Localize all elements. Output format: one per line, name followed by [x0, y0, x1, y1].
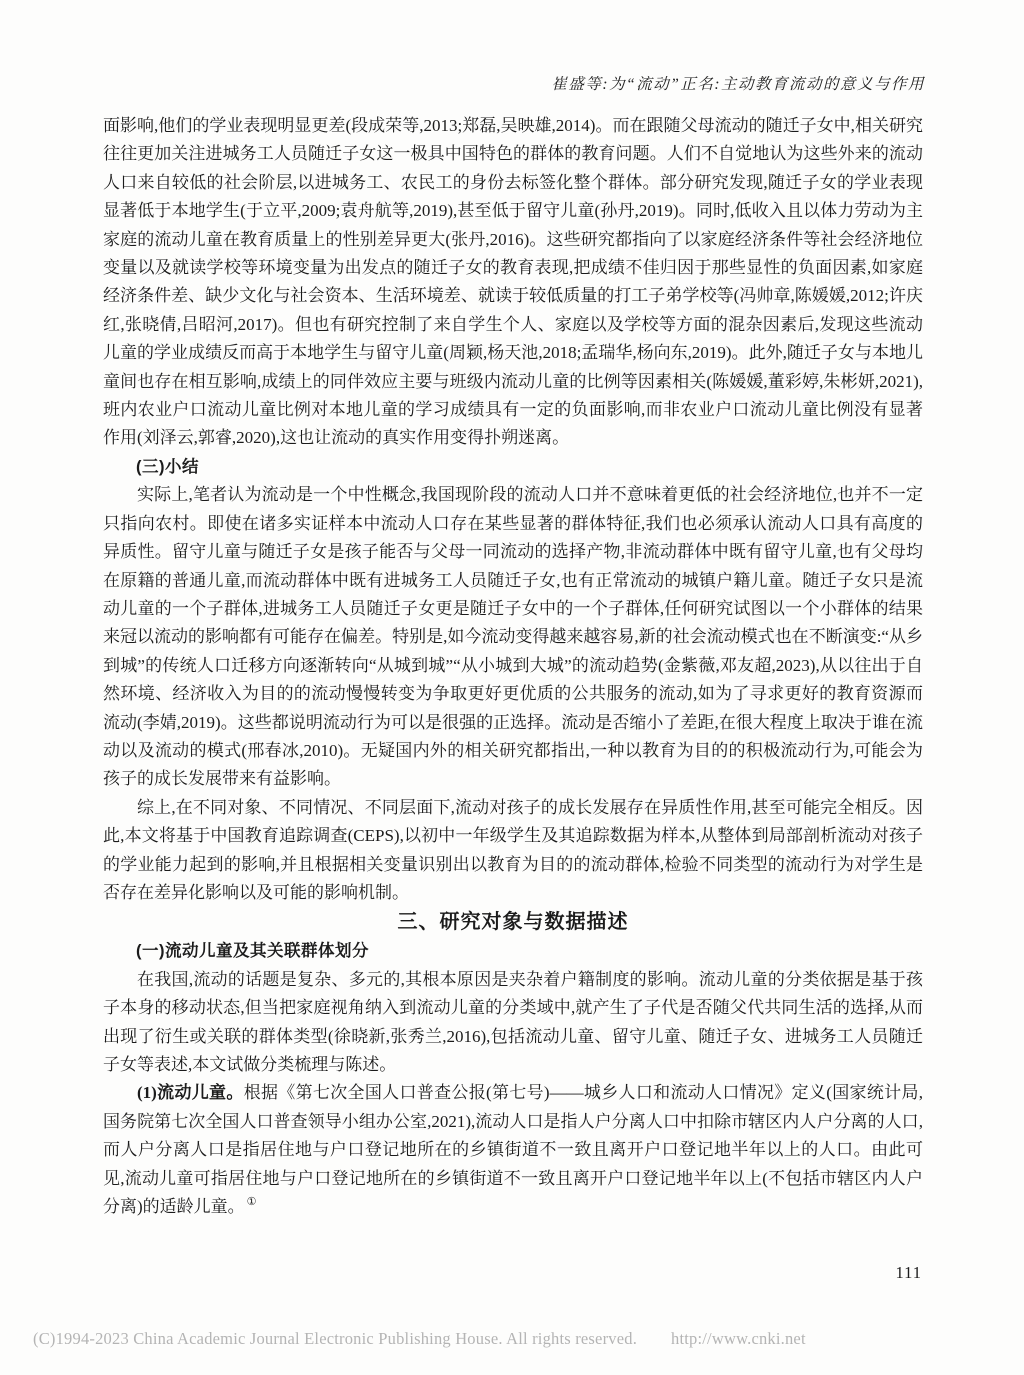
- heading-subsection-groups: (一)流动儿童及其关联群体划分: [103, 937, 923, 965]
- page-number: 111: [895, 1263, 922, 1283]
- paragraph-group-classification: 在我国,流动的话题是复杂、多元的,其根本原因是夹杂着户籍制度的影响。流动儿童的分…: [103, 966, 923, 1080]
- heading-subsection-summary: (三)小结: [103, 453, 923, 481]
- definition-lead-label: (1)流动儿童。: [137, 1083, 244, 1102]
- footer-copyright-bar: (C)1994-2023 China Academic Journal Elec…: [33, 1329, 806, 1349]
- paragraph-summary-2: 综上,在不同对象、不同情况、不同层面下,流动对孩子的成长发展存在异质性作用,甚至…: [103, 794, 923, 908]
- footer-cnki-url: http://www.cnki.net: [671, 1329, 806, 1348]
- running-header-title: 崔盛等:为“流动”正名:主动教育流动的意义与作用: [551, 72, 925, 94]
- paragraph-continuation: 面影响,他们的学业表现明显更差(段成荣等,2013;郑磊,吴映雄,2014)。而…: [103, 112, 923, 453]
- footnote-reference-mark: ①: [247, 1196, 257, 1208]
- paragraph-floating-children-definition: (1)流动儿童。根据《第七次全国人口普查公报(第七号)——城乡人口和流动人口情况…: [103, 1079, 923, 1221]
- paragraph-summary-1: 实际上,笔者认为流动是一个中性概念,我国现阶段的流动人口并不意味着更低的社会经济…: [103, 481, 923, 793]
- definition-body-text: 根据《第七次全国人口普查公报(第七号)——城乡人口和流动人口情况》定义(国家统计…: [103, 1083, 923, 1216]
- footer-copyright-text: (C)1994-2023 China Academic Journal Elec…: [33, 1329, 637, 1348]
- article-body: 面影响,他们的学业表现明显更差(段成荣等,2013;郑磊,吴映雄,2014)。而…: [103, 112, 923, 1221]
- paper-page: 崔盛等:为“流动”正名:主动教育流动的意义与作用 面影响,他们的学业表现明显更差…: [0, 0, 1024, 1375]
- section-heading-research-data: 三、研究对象与数据描述: [103, 907, 923, 937]
